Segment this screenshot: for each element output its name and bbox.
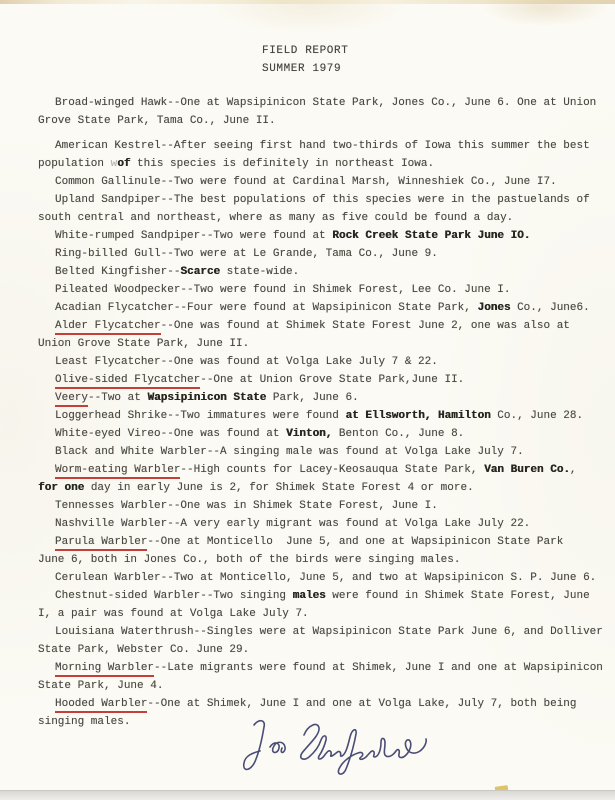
species-name-underlined: Worm-eating Warbler [55,464,180,479]
text-segment: population [38,158,111,170]
text-segment: Loggerhead Shrike--Two immatures were fo… [55,410,345,422]
text-segment: Co., June 28. [491,410,583,422]
report-line: American Kestrel--After seeing first han… [38,137,615,155]
text-segment: State Park, Webster Co. June 29. [38,644,249,656]
text-segment: singing males. [38,716,130,728]
species-name-underlined: Parula Warbler [55,536,147,551]
text-segment: --One at Monticello June 5, and one at W… [147,536,563,548]
report-line: Olive-sided Flycatcher--One at Union Gro… [38,371,615,389]
text-segment: White-rumped Sandpiper--Two were found a… [55,230,332,242]
species-name-underlined: Morning Warbler [55,662,154,677]
text-segment: at Ellsworth, Hamilton [345,410,490,422]
report-line: Black and White Warbler--A singing male … [38,443,615,461]
text-segment: Cerulean Warbler--Two at Monticello, Jun… [55,572,596,584]
text-segment: Acadian Flycatcher--Four were found at W… [55,302,477,314]
text-segment: Least Flycatcher--One was found at Volga… [55,356,438,368]
species-name-underlined: Hooded Warbler [55,698,147,713]
text-segment: Wapsipinicon State [147,392,266,404]
text-segment: this species is definitely in northeast … [130,158,434,170]
text-segment: Louisiana Waterthrush--Singles were at W… [55,626,603,638]
text-segment: Benton Co., June 8. [332,428,464,440]
text-segment: Rock Creek State Park June IO. [332,230,530,242]
text-segment: Upland Sandpiper--The best populations o… [55,194,590,206]
report-line: Hooded Warbler--One at Shimek, June I an… [38,695,615,713]
species-name-underlined: Alder Flycatcher [55,320,161,335]
text-segment: day in early June is 2, for Shimek State… [84,482,473,494]
text-segment: Broad-winged Hawk--One at Wapsipinicon S… [55,97,596,109]
text-segment: Common Gallinule--Two were found at Card… [55,176,557,188]
paper-bottom-edge [0,790,615,800]
species-name-underlined: Veery [55,392,88,407]
text-segment: Ring-billed Gull--Two were at Le Grande,… [55,248,438,260]
report-line: Grove State Park, Tama Co., June II. [38,112,615,130]
text-segment: Tennesses Warbler--One was in Shimek Sta… [55,500,438,512]
text-segment: , [570,464,577,476]
text-segment: Jones [477,302,510,314]
report-line: Nashville Warbler--A very early migrant … [38,515,615,533]
report-line: for one day in early June is 2, for Shim… [38,479,615,497]
text-segment: White-eyed Vireo--One was found at [55,428,286,440]
text-segment: Nashville Warbler--A very early migrant … [55,518,530,530]
text-segment: Co., June6. [510,302,589,314]
report-line: Upland Sandpiper--The best populations o… [38,191,615,209]
report-line: Morning Warbler--Late migrants were foun… [38,659,615,677]
report-title: FIELD REPORT [262,42,615,60]
species-name-underlined: Olive-sided Flycatcher [55,374,200,389]
report-line: Loggerhead Shrike--Two immatures were fo… [38,407,615,425]
text-segment: state-wide. [220,266,299,278]
report-line: Cerulean Warbler--Two at Monticello, Jun… [38,569,615,587]
text-segment: were found in Shimek State Forest, June [326,590,590,602]
report-line: White-eyed Vireo--One was found at Vinto… [38,425,615,443]
text-segment: for one [38,482,84,494]
report-line: I, a pair was found at Volga Lake July 7… [38,605,615,623]
report-line: Broad-winged Hawk--One at Wapsipinicon S… [38,94,615,112]
report-line: White-rumped Sandpiper--Two were found a… [38,227,615,245]
text-segment: Grove State Park, Tama Co., June II. [38,115,276,127]
report-title-block: FIELD REPORT SUMMER 1979 [0,0,615,78]
text-segment: w [111,158,118,170]
text-segment: Park, June 6. [266,392,358,404]
report-line: State Park, June 4. [38,677,615,695]
report-line: Alder Flycatcher--One was found at Shime… [38,317,615,335]
text-segment: Black and White Warbler--A singing male … [55,446,524,458]
report-line: Parula Warbler--One at Monticello June 5… [38,533,615,551]
text-segment: I, a pair was found at Volga Lake July 7… [38,608,309,620]
report-line: Common Gallinule--Two were found at Card… [38,173,615,191]
text-segment: State Park, June 4. [38,680,163,692]
report-line: Belted Kingfisher--Scarce state-wide. [38,263,615,281]
signature-name [240,714,435,784]
text-segment: Union Grove State Park, June II. [38,338,249,350]
report-line: population wof this species is definitel… [38,155,615,173]
text-segment: Scarce [180,266,220,278]
text-segment: --Late migrants were found at Shimek, Ju… [154,662,603,674]
report-line: Least Flycatcher--One was found at Volga… [38,353,615,371]
text-segment: males [293,590,326,602]
report-line: Acadian Flycatcher--Four were found at W… [38,299,615,317]
signature-handwriting [240,714,435,784]
text-segment: American Kestrel--After seeing first han… [55,140,590,152]
report-line: Louisiana Waterthrush--Singles were at W… [38,623,615,641]
report-line: Tennesses Warbler--One was in Shimek Sta… [38,497,615,515]
report-line: Chestnut-sided Warbler--Two singing male… [38,587,615,605]
report-line: Pileated Woodpecker--Two were found in S… [38,281,615,299]
report-line: Union Grove State Park, June II. [38,335,615,353]
paper-top-edge [0,0,615,4]
text-segment: --One was found at Shimek State Forest J… [161,320,570,332]
text-segment: Belted Kingfisher-- [55,266,180,278]
text-segment: Pileated Woodpecker--Two were found in S… [55,284,510,296]
report-line: Ring-billed Gull--Two were at Le Grande,… [38,245,615,263]
report-subtitle: SUMMER 1979 [262,60,615,78]
text-segment: Chestnut-sided Warbler--Two singing [55,590,293,602]
report-line: Veery--Two at Wapsipinicon State Park, J… [38,389,615,407]
report-line: State Park, Webster Co. June 29. [38,641,615,659]
text-segment: Vinton, [286,428,332,440]
text-segment: south central and northeast, where as ma… [38,212,513,224]
text-segment: June 6, both in Jones Co., both of the b… [38,554,460,566]
text-segment: --Two at [88,392,147,404]
text-segment: Van Buren Co. [484,464,570,476]
report-body: Broad-winged Hawk--One at Wapsipinicon S… [0,94,615,731]
report-line: June 6, both in Jones Co., both of the b… [38,551,615,569]
report-line: Worm-eating Warbler--High counts for Lac… [38,461,615,479]
text-segment: of [117,158,130,170]
text-segment: --High counts for Lacey-Keosauqua State … [180,464,484,476]
report-line: south central and northeast, where as ma… [38,209,615,227]
text-segment: --One at Shimek, June I and one at Volga… [147,698,576,710]
field-report-document: FIELD REPORT SUMMER 1979 Broad-winged Ha… [0,0,615,800]
text-segment: --One at Union Grove State Park,June II. [200,374,464,386]
